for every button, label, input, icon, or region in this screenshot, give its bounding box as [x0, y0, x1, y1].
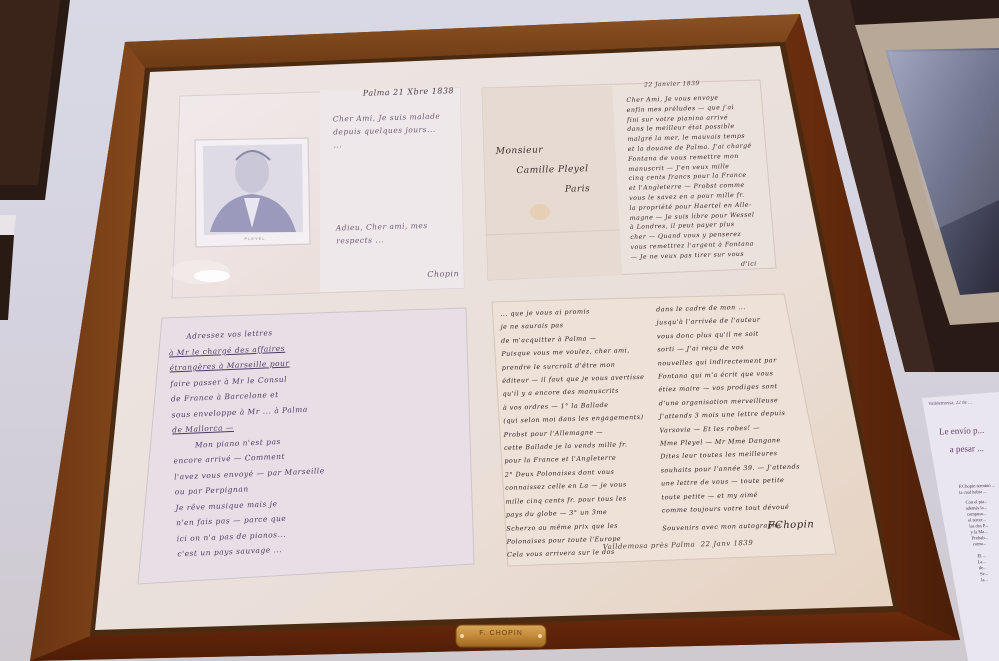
portrait-caption: PLEYEL — [220, 236, 290, 241]
letter-pleyel: 22 Janvier 1839 Monsieur Camille Pleyel … — [484, 78, 779, 276]
signature: Chopin — [427, 269, 459, 279]
signature: FChopin — [768, 519, 815, 531]
placard-title: Le envío p... — [927, 423, 999, 436]
address-block: Monsieur Camille Pleyel Paris — [496, 139, 591, 202]
placard-line: la... — [962, 575, 999, 583]
side-placard: Valldemossa, 22 de ... Le envío p... a p… — [926, 399, 999, 661]
placard-title: a pesar ... — [928, 441, 999, 454]
letter-ballade: ... que je vous ai promis je ne saurais … — [496, 295, 833, 562]
letter-line: respects ... — [336, 231, 464, 248]
letter-note: Adressez vos lettres à Mr le chargé des … — [158, 317, 468, 579]
letter-heading: 22 Janvier 1839 — [644, 80, 700, 89]
nameplate-text: F. CHOPIN — [468, 630, 534, 637]
letter-portrait: Palma 21 Xbre 1838 Cher Ami, Je suis mal… — [318, 86, 466, 290]
